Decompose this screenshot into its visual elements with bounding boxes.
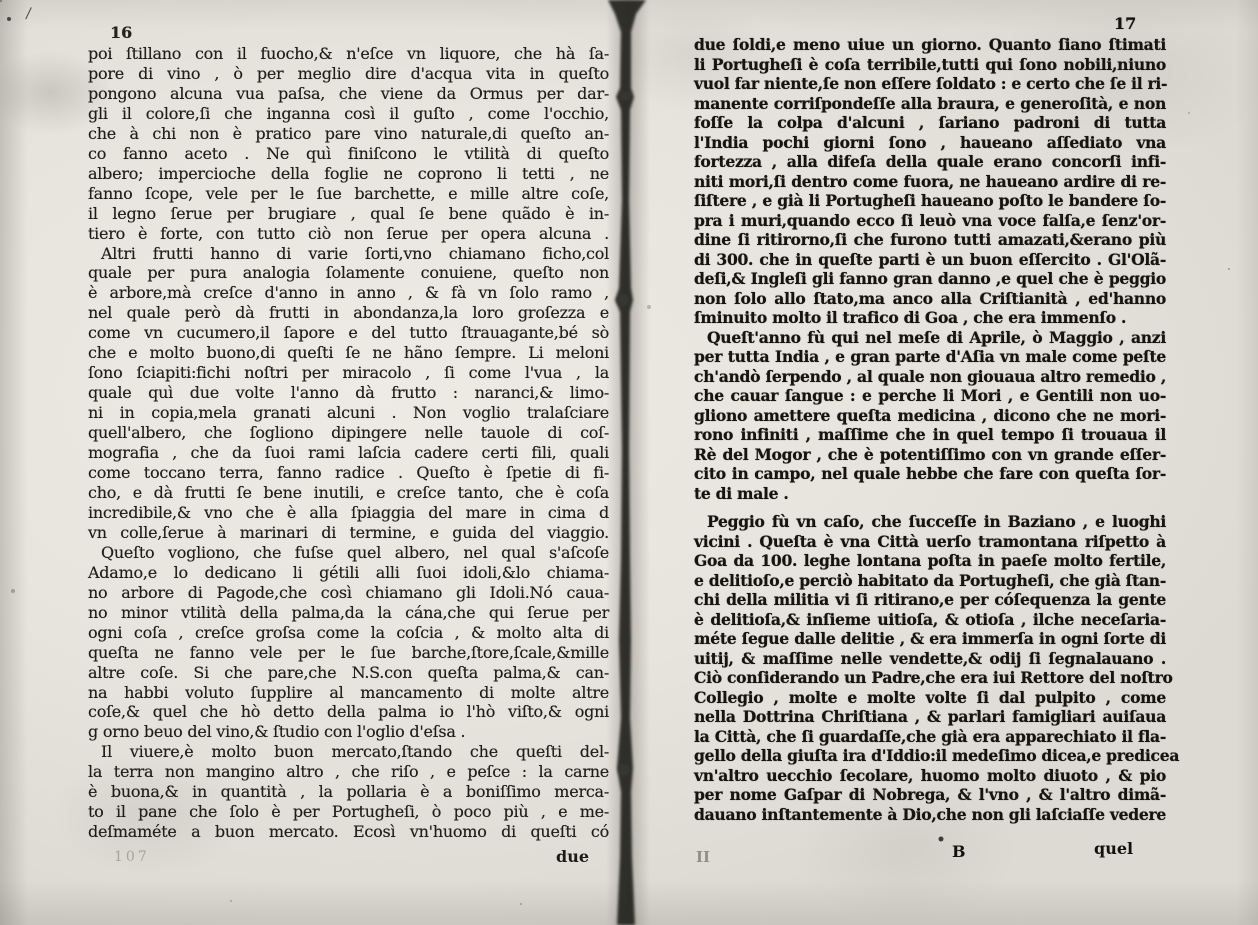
- text-line: e delitioſo,e perciò habitato da Portugh…: [694, 571, 1166, 591]
- text-line: per nome Gaſpar di Nobrega, & l'vno , & …: [694, 785, 1166, 805]
- left-page-text: poi ſtillano con il fuocho,& n'eſce vn l…: [88, 44, 609, 842]
- text-line: che e molto buono,di queſti ſe ne hãno ſ…: [88, 343, 609, 363]
- text-line: uitij, & maſſime nelle vendette,& odij ſ…: [694, 649, 1166, 669]
- text-line: è buona,& in quantità , la pollaria è a …: [88, 782, 609, 802]
- text-line: quale per pura analogia ſolamente conuie…: [88, 263, 609, 283]
- text-line: quell'albero, che ſogliono dipingere nel…: [88, 423, 609, 443]
- text-line: Rè del Mogor , che è potentiſſimo con vn…: [694, 445, 1166, 465]
- text-line: Peggio fù vn caſo, che ſucceſſe in Bazia…: [694, 512, 1166, 532]
- text-line: queſta ne fanno vele per le ſue barche,ſ…: [88, 643, 609, 663]
- text-line: fortezza , alla difeſa della quale erano…: [694, 152, 1166, 172]
- text-line: méte ſegue dalle delitie , & era immerſa…: [694, 629, 1166, 649]
- text-line: che à chi non è pratico pare vino natura…: [88, 124, 609, 144]
- text-line: mografia , che da ſuoi rami laſcia cader…: [88, 443, 609, 463]
- text-line: ch'andò ſerpendo , al quale non giouaua …: [694, 367, 1166, 387]
- book-scan-spread: / 16 poi ſtillano con il fuocho,& n'eſce…: [0, 0, 1258, 925]
- text-line: come vn cucumero,il ſapore e del tutto ſ…: [88, 323, 609, 343]
- left-catchword: due: [556, 847, 589, 866]
- corner-pen-mark: /: [25, 4, 33, 23]
- text-line: ſono ſciapiti:fichi noſtri per miracolo …: [88, 363, 609, 383]
- text-line: te di male .: [694, 484, 1166, 504]
- text-line: manente corriſpondeſſe alla braura, e ge…: [694, 94, 1166, 114]
- text-line: quale quì due volte l'anno dà frutto : n…: [88, 383, 609, 403]
- text-line: deſi,& Ingleſi gli fanno gran danno ,e q…: [694, 269, 1166, 289]
- text-line: ogni coſa , creſce groſsa come la coſcia…: [88, 623, 609, 643]
- left-footer-faint-mark: 107: [114, 849, 150, 865]
- text-line: pongono alcuna vua paſsa, che viene da O…: [88, 84, 609, 104]
- right-page-text: due ſoldi,e meno uiue un giorno. Quanto …: [694, 35, 1166, 824]
- text-line: g orno beuo del vino,& ſtudio con l'ogli…: [88, 722, 609, 742]
- text-line: due ſoldi,e meno uiue un giorno. Quanto …: [694, 35, 1166, 55]
- gutter-shadow-line: [608, 0, 646, 925]
- text-line: per tutta India , e gran parte d'Aſia vn…: [694, 347, 1166, 367]
- text-line: Queſto vogliono, che fuſse quel albero, …: [88, 543, 609, 563]
- text-line: Adamo,e lo dedicano li gétili alli ſuoi …: [88, 563, 609, 583]
- text-line: niti mori,ſi dentro come fuora, ne hauea…: [694, 172, 1166, 192]
- right-signature-mark: B: [952, 842, 966, 861]
- text-line: albero; impercioche della foglie ne copr…: [88, 164, 609, 184]
- text-line: nel quale però dà frutti in abondanza,la…: [88, 303, 609, 323]
- text-line: nella Dottrina Chriſtiana , & parlari fa…: [694, 707, 1166, 727]
- text-line: vicini . Queſta è vna Città uerſo tramon…: [694, 532, 1166, 552]
- text-line: di 300. che in queſte parti è un buon eſ…: [694, 250, 1166, 270]
- text-line: no minor vtilità della palma,da la cána,…: [88, 603, 609, 623]
- text-line: fanno ſcope, vele per le ſue barchette, …: [88, 184, 609, 204]
- right-footer-faint-mark: II: [696, 848, 710, 866]
- ink-speckles: [0, 0, 2, 2]
- text-line: dine ſi ritirorno,ſi che furono tutti am…: [694, 230, 1166, 250]
- text-line: na habbi voluto ſupplire al mancamento d…: [88, 683, 609, 703]
- text-line: Goa da 100. leghe lontana poſta in paeſe…: [694, 551, 1166, 571]
- text-line: altre coſe. Si che pare,che N.S.con queſ…: [88, 663, 609, 683]
- text-line: foſſe la colpa d'alcuni , ſariano padron…: [694, 113, 1166, 133]
- text-line: deſmaméte a buon mercato. Ecosì vn'huomo…: [88, 822, 609, 842]
- text-line: coſe,& quel che hò detto della palma io …: [88, 702, 609, 722]
- text-line: Altri frutti hanno di varie ſorti,vno ch…: [88, 244, 609, 264]
- text-line: chi della militia vi ſi ritirano,e per c…: [694, 590, 1166, 610]
- text-line: è delitioſa,& inſieme uitioſa, & otioſa …: [694, 610, 1166, 630]
- text-line: pra i muri,quando ecco ſi leuò vna voce …: [694, 211, 1166, 231]
- text-line: vn'altro uecchio ſecolare, huomo molto d…: [694, 766, 1166, 786]
- text-line: è arbore,mà creſce d'anno in anno , & fà…: [88, 283, 609, 303]
- text-line: incredibile,& vno che è alla ſpiaggia de…: [88, 503, 609, 523]
- text-line: la terra non mangino altro , che riſo , …: [88, 762, 609, 782]
- text-line: Collegio , molte e molte volte ſi dal pu…: [694, 688, 1166, 708]
- text-line: Ciò conſiderando un Padre,che era iui Re…: [694, 668, 1166, 688]
- text-line: li Portugheſi è coſa terribile,tutti qui…: [694, 55, 1166, 75]
- text-line: il legno ſerue per brugiare , qual ſe be…: [88, 204, 609, 224]
- text-line: tiero è forte, con tutto ciò non ſerue p…: [88, 224, 609, 244]
- right-catchword: quel: [1094, 839, 1133, 858]
- text-line: Queſt'anno fù qui nel meſe di Aprile, ò …: [694, 328, 1166, 348]
- text-line: dauano inſtantemente à Dio,che non gli l…: [694, 805, 1166, 825]
- text-line: come toccano terra, fanno radice . Queſt…: [88, 463, 609, 483]
- text-line: co fanno aceto . Ne quì finiſcono le vti…: [88, 144, 609, 164]
- text-line: gliono amettere queſta medicina , dicono…: [694, 406, 1166, 426]
- text-line: Il viuere,è molto buon mercato,ſtando ch…: [88, 742, 609, 762]
- text-line: rono infiniti , maſſime che in quel temp…: [694, 425, 1166, 445]
- text-line: ſiſtere , e già li Portugheſi haueano po…: [694, 191, 1166, 211]
- text-line: gello della giuſta ira d'Iddio:il medeſi…: [694, 746, 1166, 766]
- text-line: cito in campo, nel quale hebbe che fare …: [694, 464, 1166, 484]
- left-page-number: 16: [110, 23, 132, 42]
- text-line: la Città, che ſi guardaſſe,che già era a…: [694, 727, 1166, 747]
- text-line: poi ſtillano con il fuocho,& n'eſce vn l…: [88, 44, 609, 64]
- text-line: l'India pochi giorni ſono , haueano aſſe…: [694, 133, 1166, 153]
- text-line: to il pane che ſolo è per Portugheſi, ò …: [88, 802, 609, 822]
- text-line: pore di vino , ò per meglio dire d'acqua…: [88, 64, 609, 84]
- text-line: che cauar ſangue : e perche li Mori , e …: [694, 386, 1166, 406]
- text-line: ni in copia,mela granati alcuni . Non vo…: [88, 403, 609, 423]
- right-page-number: 17: [1114, 14, 1136, 33]
- text-line: vn colle,ſerue à marinari di termine, e …: [88, 523, 609, 543]
- text-line: cho, e dà frutti ſe bene inutili, e creſ…: [88, 483, 609, 503]
- text-line: non ſolo allo ſtato,ma anco alla Criſtia…: [694, 289, 1166, 309]
- text-line: ſminuito molto il trafico di Goa , che e…: [694, 308, 1166, 328]
- text-line: vuol far niente,ſe non eſſere ſoldato : …: [694, 74, 1166, 94]
- text-line: gli il colore,ſi che inganna così il guſ…: [88, 104, 609, 124]
- text-line: no arbore di Pagode,che così chiamano gl…: [88, 583, 609, 603]
